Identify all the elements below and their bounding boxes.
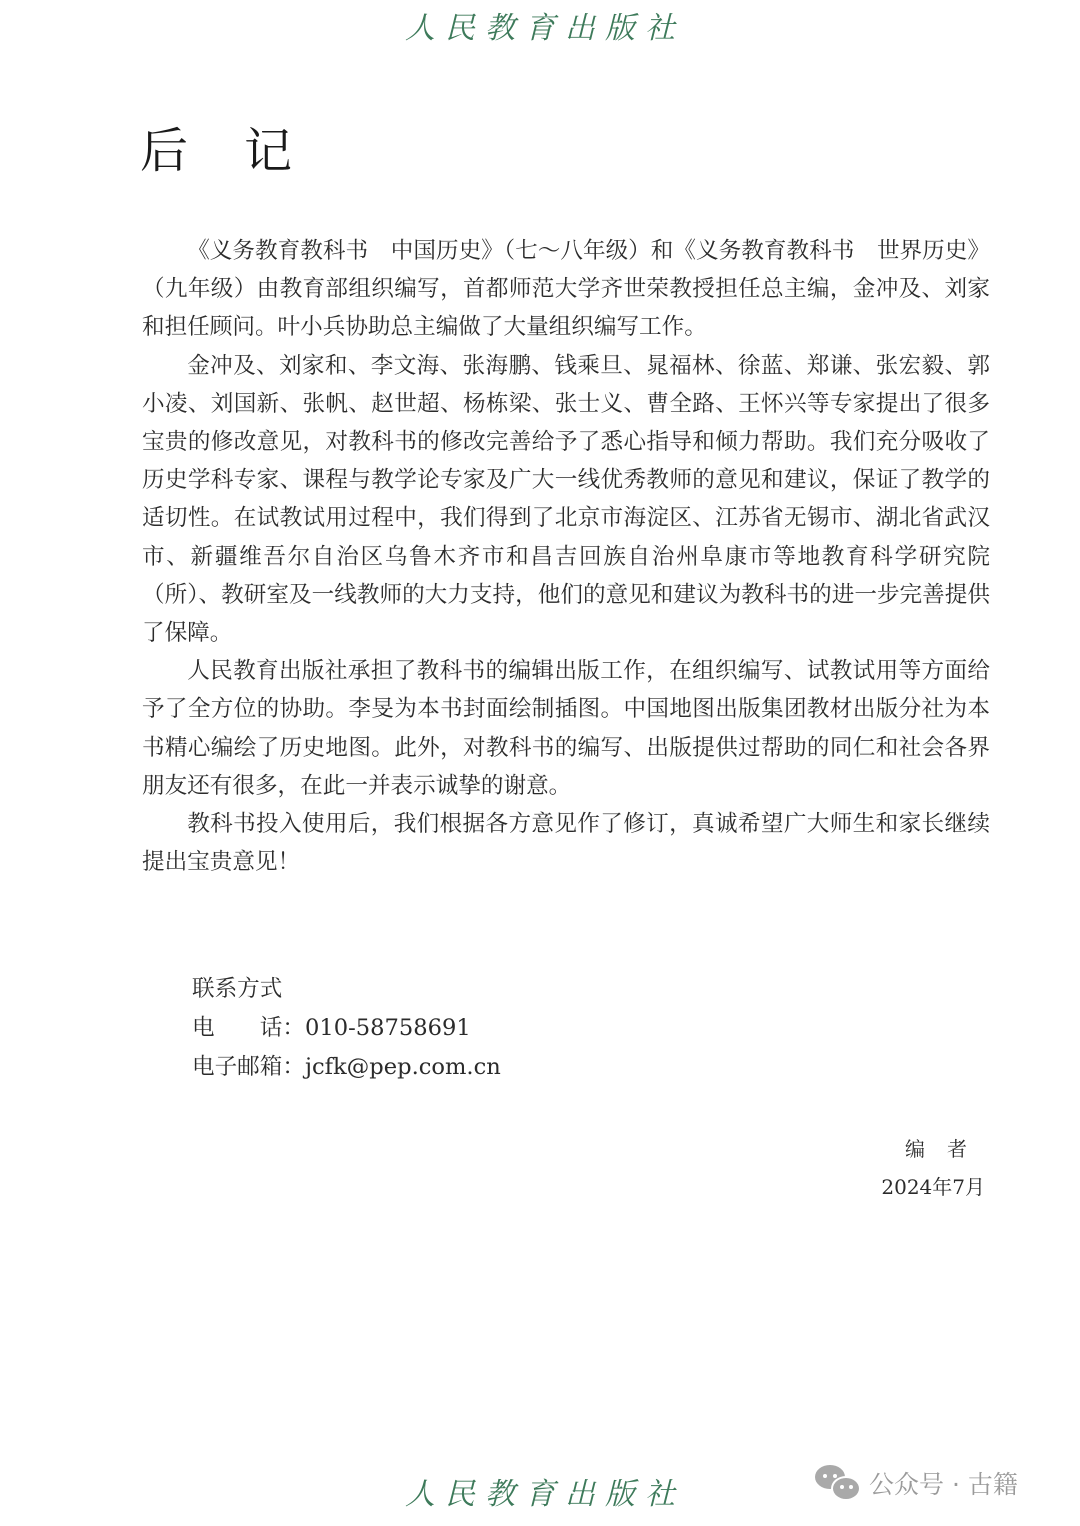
contact-phone-row: 电 话：010-58758691 <box>192 1009 501 1048</box>
phone-number[interactable]: 010-58758691 <box>305 1015 471 1041</box>
signature: 编者 2024年7月 <box>881 1130 985 1206</box>
contact-heading: 联系方式 <box>192 970 501 1009</box>
wechat-watermark: 公众号 · 古籍 <box>815 1463 1018 1503</box>
signature-author: 编者 <box>881 1130 1007 1168</box>
email-label: 电子邮箱： <box>192 1054 305 1080</box>
contact-email-row: 电子邮箱：jcfk@pep.com.cn <box>192 1048 501 1087</box>
paragraph-editors: 《义务教育教科书 中国历史》（七～八年级）和《义务教育教科书 世界历史》（九年级… <box>142 232 990 347</box>
afterword-body: 《义务教育教科书 中国历史》（七～八年级）和《义务教育教科书 世界历史》（九年级… <box>142 232 990 881</box>
contact-info: 联系方式 电 话：010-58758691 电子邮箱：jcfk@pep.com.… <box>192 970 501 1087</box>
page-title: 后记 <box>140 112 348 181</box>
paragraph-experts: 金冲及、刘家和、李文海、张海鹏、钱乘旦、晁福林、徐蓝、郑谦、张宏毅、郭小凌、刘国… <box>142 347 990 653</box>
email-address[interactable]: jcfk@pep.com.cn <box>305 1054 501 1080</box>
paragraph-publisher: 人民教育出版社承担了教科书的编辑出版工作，在组织编写、试教试用等方面给予了全方位… <box>142 652 990 805</box>
publisher-logo-footer: 人民教育出版社 <box>395 1470 695 1520</box>
signature-date: 2024年7月 <box>881 1168 985 1206</box>
publisher-logo-header: 人民教育出版社 <box>395 4 695 54</box>
watermark-text: 公众号 · 古籍 <box>869 1465 1018 1501</box>
phone-label: 电 话： <box>192 1015 305 1041</box>
wechat-icon <box>815 1465 859 1501</box>
paragraph-revision: 教科书投入使用后，我们根据各方意见作了修订，真诚希望广大师生和家长继续提出宝贵意… <box>142 805 990 881</box>
